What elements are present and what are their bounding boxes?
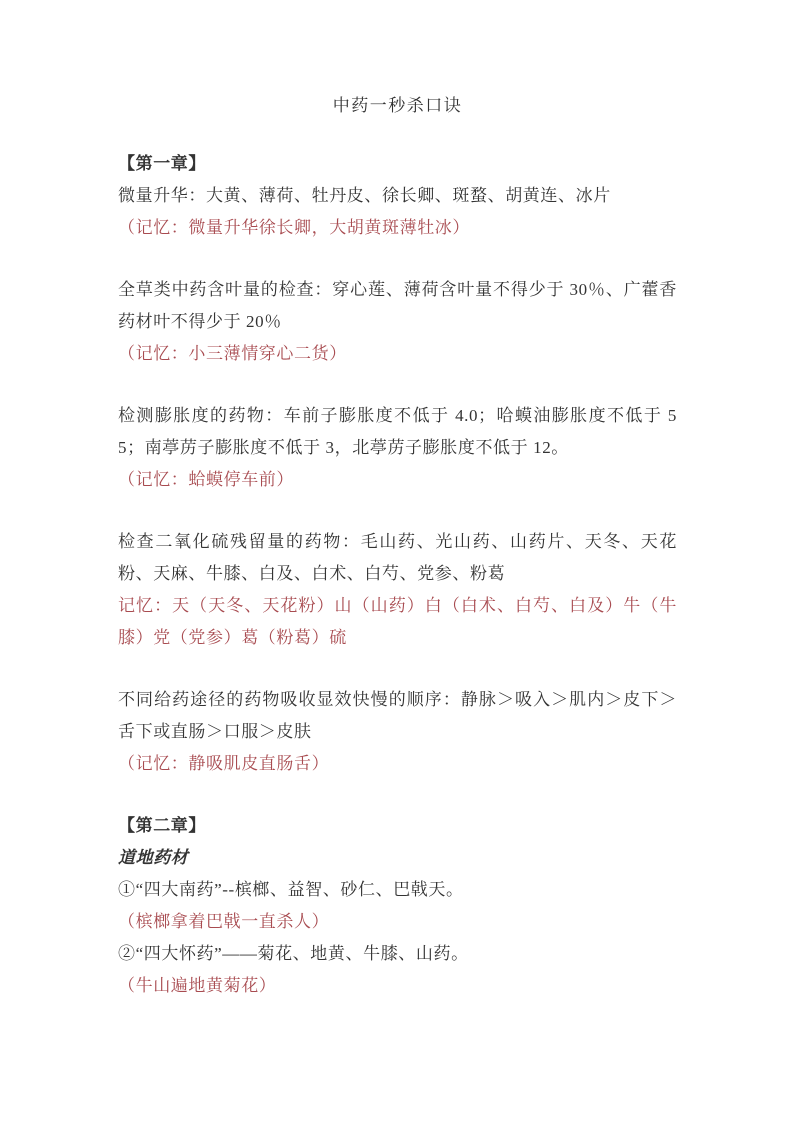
mnemonic-line: （牛山遍地黄菊花） — [118, 970, 677, 1002]
text-line: 微量升华：大黄、薄荷、牡丹皮、徐长卿、斑蝥、胡黄连、冰片 — [118, 180, 677, 212]
section-1: 【第一章】微量升华：大黄、薄荷、牡丹皮、徐长卿、斑蝥、胡黄连、冰片（记忆：微量升… — [118, 148, 677, 244]
text-line: 检查二氧化硫残留量的药物：毛山药、光山药、山药片、天冬、天花粉、天麻、牛膝、白及… — [118, 526, 677, 590]
mnemonic-line: （记忆：微量升华徐长卿，大胡黄斑薄牡冰） — [118, 212, 677, 244]
text-line: 全草类中药含叶量的检查：穿心莲、薄荷含叶量不得少于 30％、广藿香药材叶不得少于… — [118, 274, 677, 338]
section-6: 【第二章】道地药材①“四大南药”--槟榔、益智、砂仁、巴戟天。（槟榔拿着巴戟一直… — [118, 810, 677, 1002]
document-page: 中药一秒杀口诀 【第一章】微量升华：大黄、薄荷、牡丹皮、徐长卿、斑蝥、胡黄连、冰… — [0, 0, 793, 1122]
mnemonic-line: （记忆：静吸肌皮直肠舌） — [118, 748, 677, 780]
sub-heading: 道地药材 — [118, 842, 677, 874]
section-4: 检查二氧化硫残留量的药物：毛山药、光山药、山药片、天冬、天花粉、天麻、牛膝、白及… — [118, 526, 677, 654]
text-line: ①“四大南药”--槟榔、益智、砂仁、巴戟天。 — [118, 874, 677, 906]
section-5: 不同给药途径的药物吸收显效快慢的顺序：静脉＞吸入＞肌内＞皮下＞舌下或直肠＞口服＞… — [118, 684, 677, 780]
mnemonic-line: （槟榔拿着巴戟一直杀人） — [118, 906, 677, 938]
text-line: 检测膨胀度的药物：车前子膨胀度不低于 4.0；哈蟆油膨胀度不低于 55；南葶苈子… — [118, 400, 677, 464]
mnemonic-line: （记忆：小三薄情穿心二货） — [118, 338, 677, 370]
document-content: 【第一章】微量升华：大黄、薄荷、牡丹皮、徐长卿、斑蝥、胡黄连、冰片（记忆：微量升… — [118, 148, 677, 1002]
mnemonic-line: （记忆：蛤蟆停车前） — [118, 464, 677, 496]
text-line: 不同给药途径的药物吸收显效快慢的顺序：静脉＞吸入＞肌内＞皮下＞舌下或直肠＞口服＞… — [118, 684, 677, 748]
section-3: 检测膨胀度的药物：车前子膨胀度不低于 4.0；哈蟆油膨胀度不低于 55；南葶苈子… — [118, 400, 677, 496]
section-2: 全草类中药含叶量的检查：穿心莲、薄荷含叶量不得少于 30％、广藿香药材叶不得少于… — [118, 274, 677, 370]
chapter-heading: 【第一章】 — [118, 148, 677, 180]
mnemonic-line: 记忆：天（天冬、天花粉）山（山药）白（白术、白芍、白及）牛（牛膝）党（党参）葛（… — [118, 590, 677, 654]
chapter-heading: 【第二章】 — [118, 810, 677, 842]
document-title: 中药一秒杀口诀 — [118, 90, 677, 122]
text-line: ②“四大怀药”——菊花、地黄、牛膝、山药。 — [118, 938, 677, 970]
